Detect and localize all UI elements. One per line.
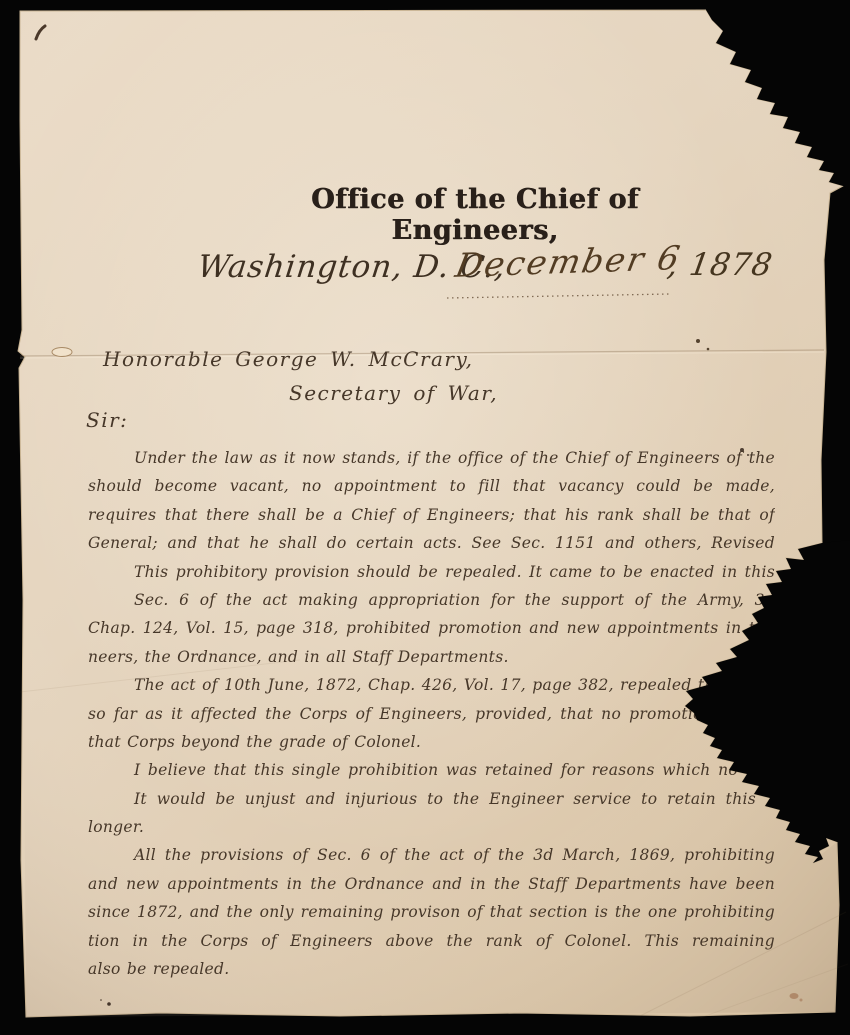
document-photo: Office of the Chief of Engineers, Washin… (0, 0, 850, 1035)
address-recipient-title: Secretary of War, (289, 381, 498, 405)
letter-body-line: This prohibitory provision should be rep… (88, 558, 775, 586)
letter-body-line: The act of 10th June, 1872, Chap. 426, V… (88, 671, 775, 699)
letter-body-line: Chap. 124, Vol. 15, page 318, prohibited… (88, 614, 775, 642)
letter-body-line: tion in the Corps of Engineers above the… (88, 927, 775, 955)
letter-body-line: since 1872, and the only remaining provi… (88, 898, 775, 926)
letter-body-line: should become vacant, no appointment to … (88, 472, 775, 500)
letter-body-line: neers, the Ordnance, and in all Staff De… (88, 643, 775, 671)
letterhead-year: , 1878 (665, 247, 775, 283)
letterhead-office-line: Office of the Chief of Engineers, (230, 184, 720, 246)
letter-body-line: Under the law as it now stands, if the o… (88, 444, 775, 472)
letter-body-line: longer. (88, 813, 775, 841)
letter-body-line: General; and that he shall do certain ac… (88, 529, 775, 557)
letter-body-line: requires that there shall be a Chief of … (88, 501, 775, 529)
letter-body-line: and new appointments in the Ordnance and… (88, 870, 775, 898)
address-salutation: Sir: (86, 408, 128, 432)
letter-body-line: Sec. 6 of the act making appropriation f… (88, 586, 775, 614)
letter-body: Under the law as it now stands, if the o… (88, 444, 775, 983)
letter-body-line: also be repealed. (88, 955, 775, 983)
letter-body-line: I believe that this single prohibition w… (88, 756, 738, 784)
letter-body-line: It would be unjust and injurious to the … (88, 785, 756, 813)
letter-body-line: All the provisions of Sec. 6 of the act … (88, 841, 775, 869)
letter-body-line: so far as it affected the Corps of Engin… (88, 700, 775, 728)
handwritten-date: December 6 (452, 238, 685, 285)
letter-body-line: that Corps beyond the grade of Colonel. (88, 728, 775, 756)
address-recipient: Honorable George W. McCrary, (103, 347, 474, 371)
